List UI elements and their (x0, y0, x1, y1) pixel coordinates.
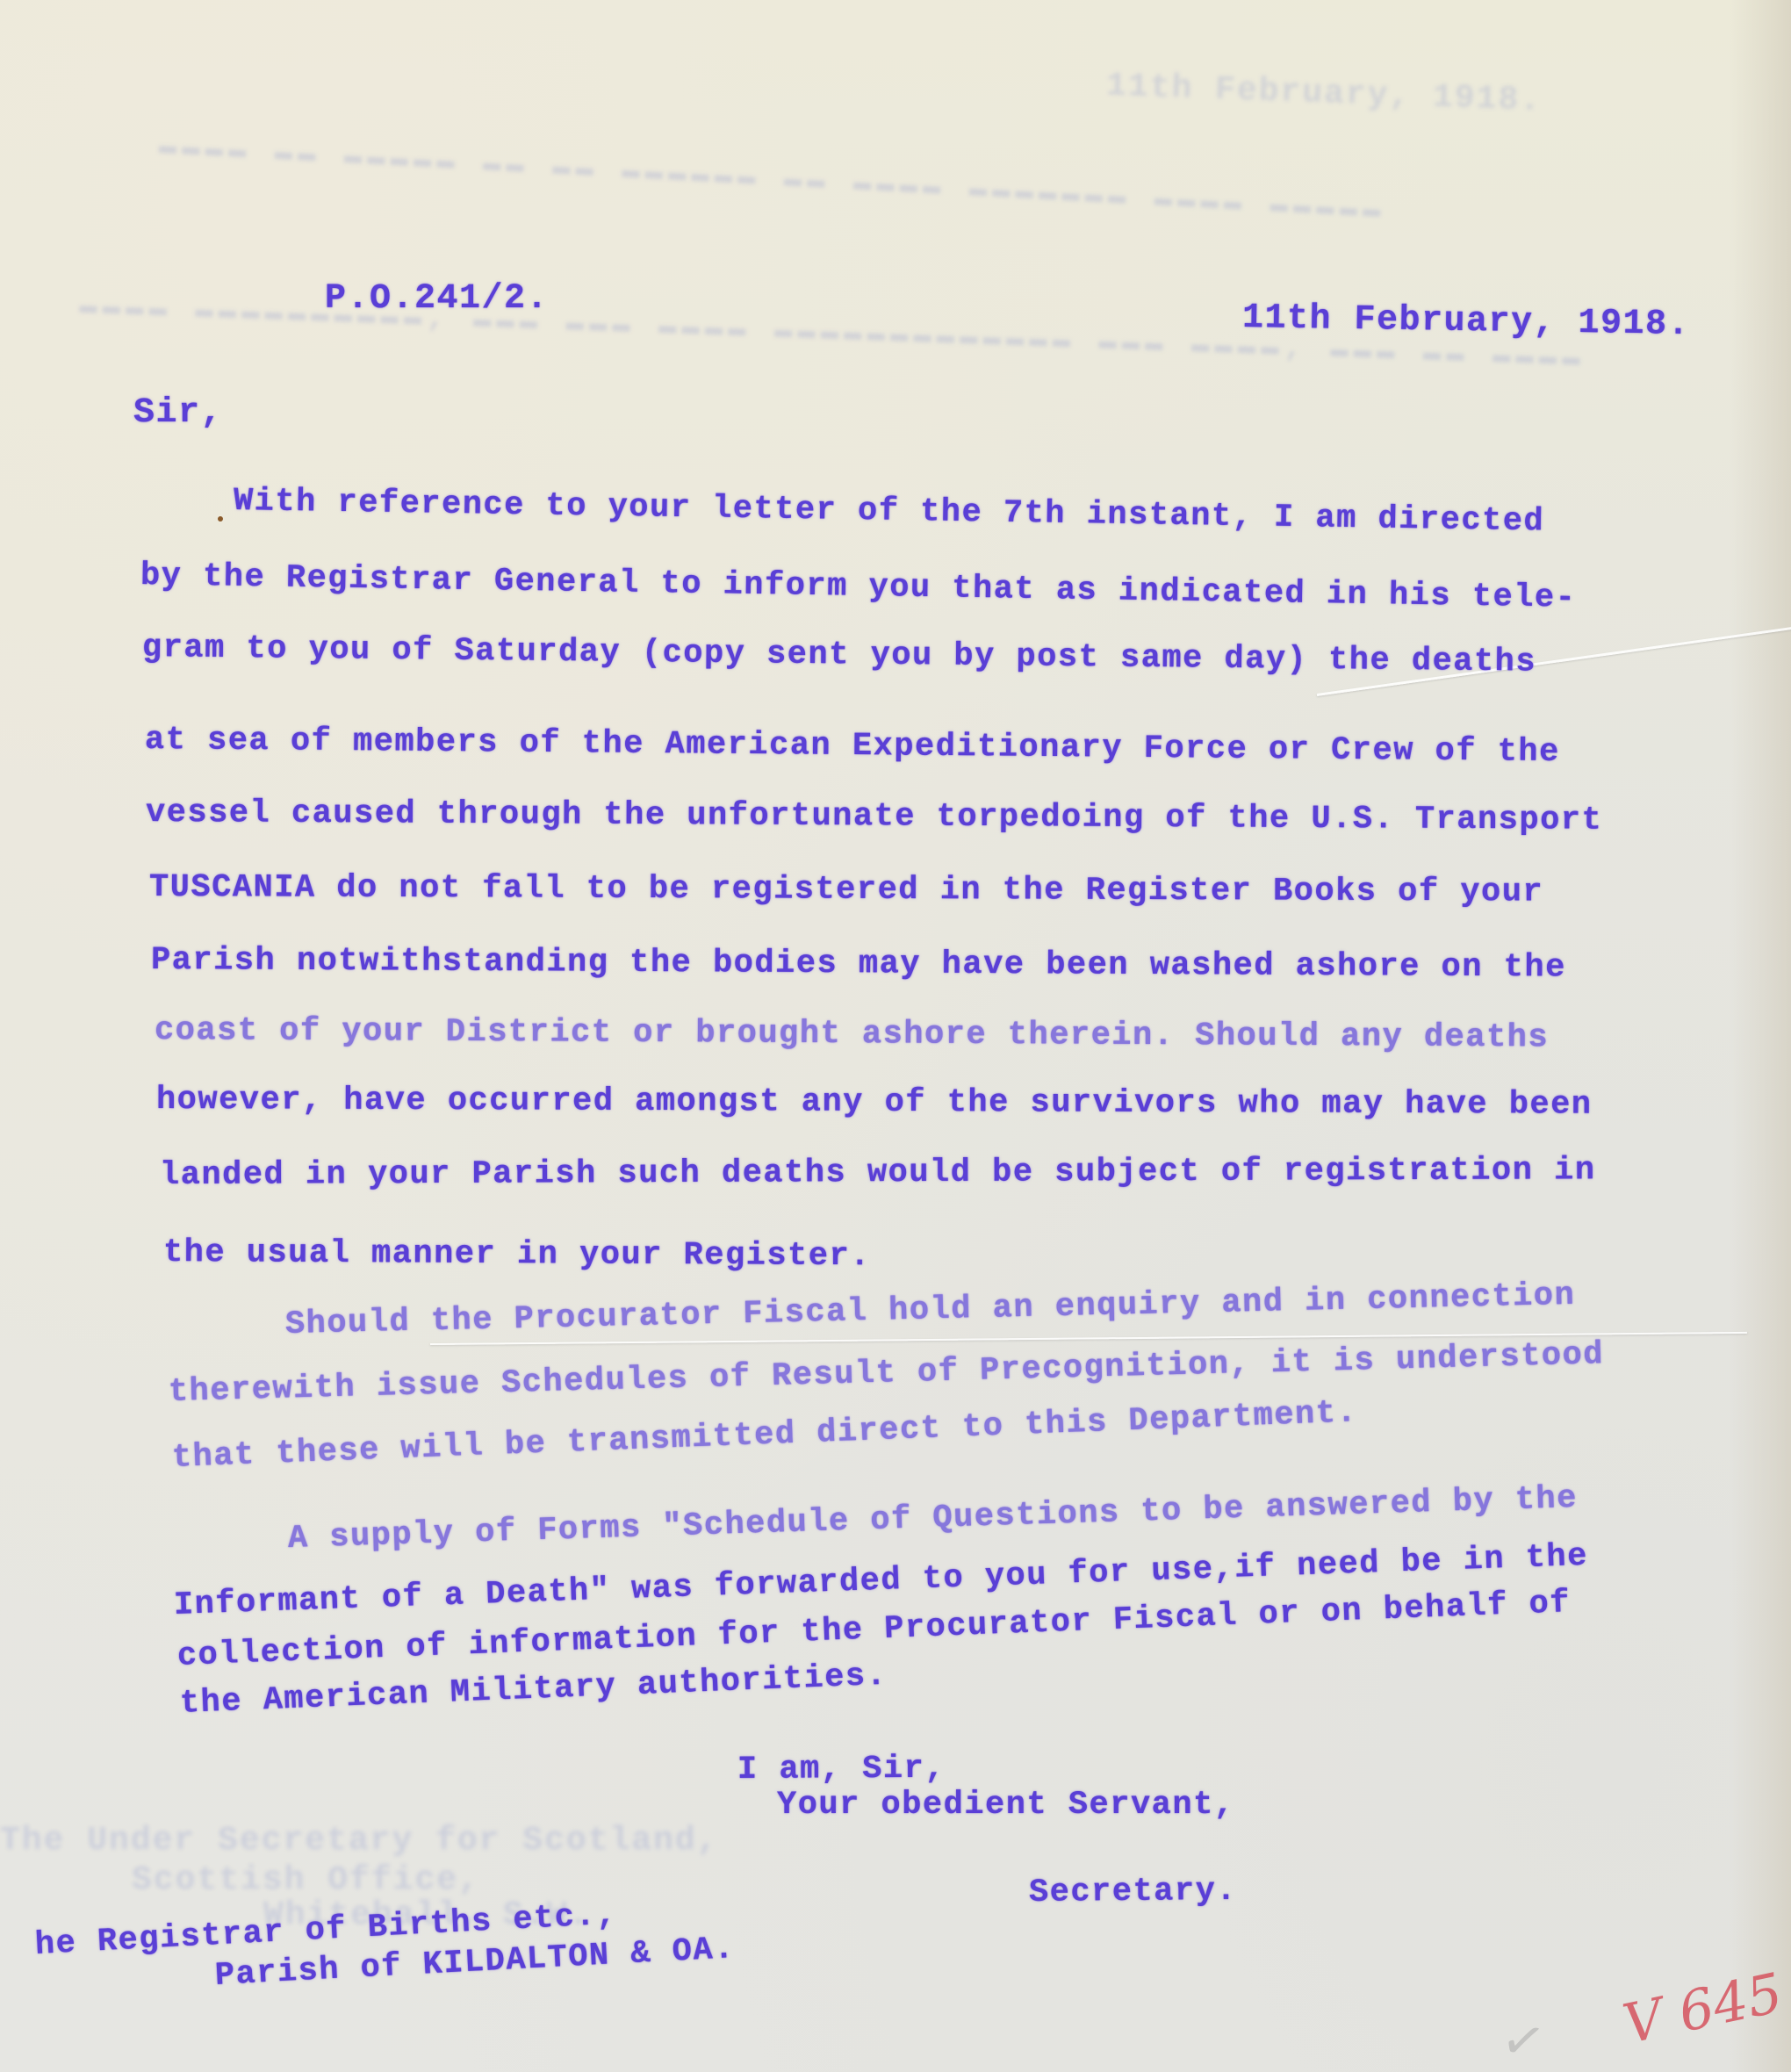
body-line: however, have occurred amongst any of th… (156, 1082, 1593, 1124)
body-line: landed in your Parish such deaths would … (160, 1152, 1596, 1194)
bleed-through-address-2: Scottish Office, (132, 1861, 480, 1899)
salutation: Sir, (133, 393, 223, 433)
reference-number: P.O.241/2. (325, 279, 549, 319)
signature-title: Secretary. (1029, 1873, 1237, 1911)
body-line: vessel caused through the unfortunate to… (146, 795, 1602, 839)
ink-speck (218, 516, 223, 522)
closing-line-1: I am, Sir, (737, 1751, 946, 1788)
body-line: TUSCANIA do not fall to be registered in… (149, 869, 1543, 911)
paper-edge-shadow (1730, 0, 1791, 2072)
bleed-through-address-1: The Under Secretary for Scotland, (0, 1822, 719, 1860)
closing-line-2: Your obedient Servant, (777, 1787, 1234, 1824)
body-line: the usual manner in your Register. (163, 1234, 871, 1275)
body-line: Parish notwithstanding the bodies may ha… (151, 942, 1566, 986)
letter-date: 11th February, 1918. (1242, 299, 1691, 345)
body-line: coast of your District or brought ashore… (155, 1012, 1549, 1056)
